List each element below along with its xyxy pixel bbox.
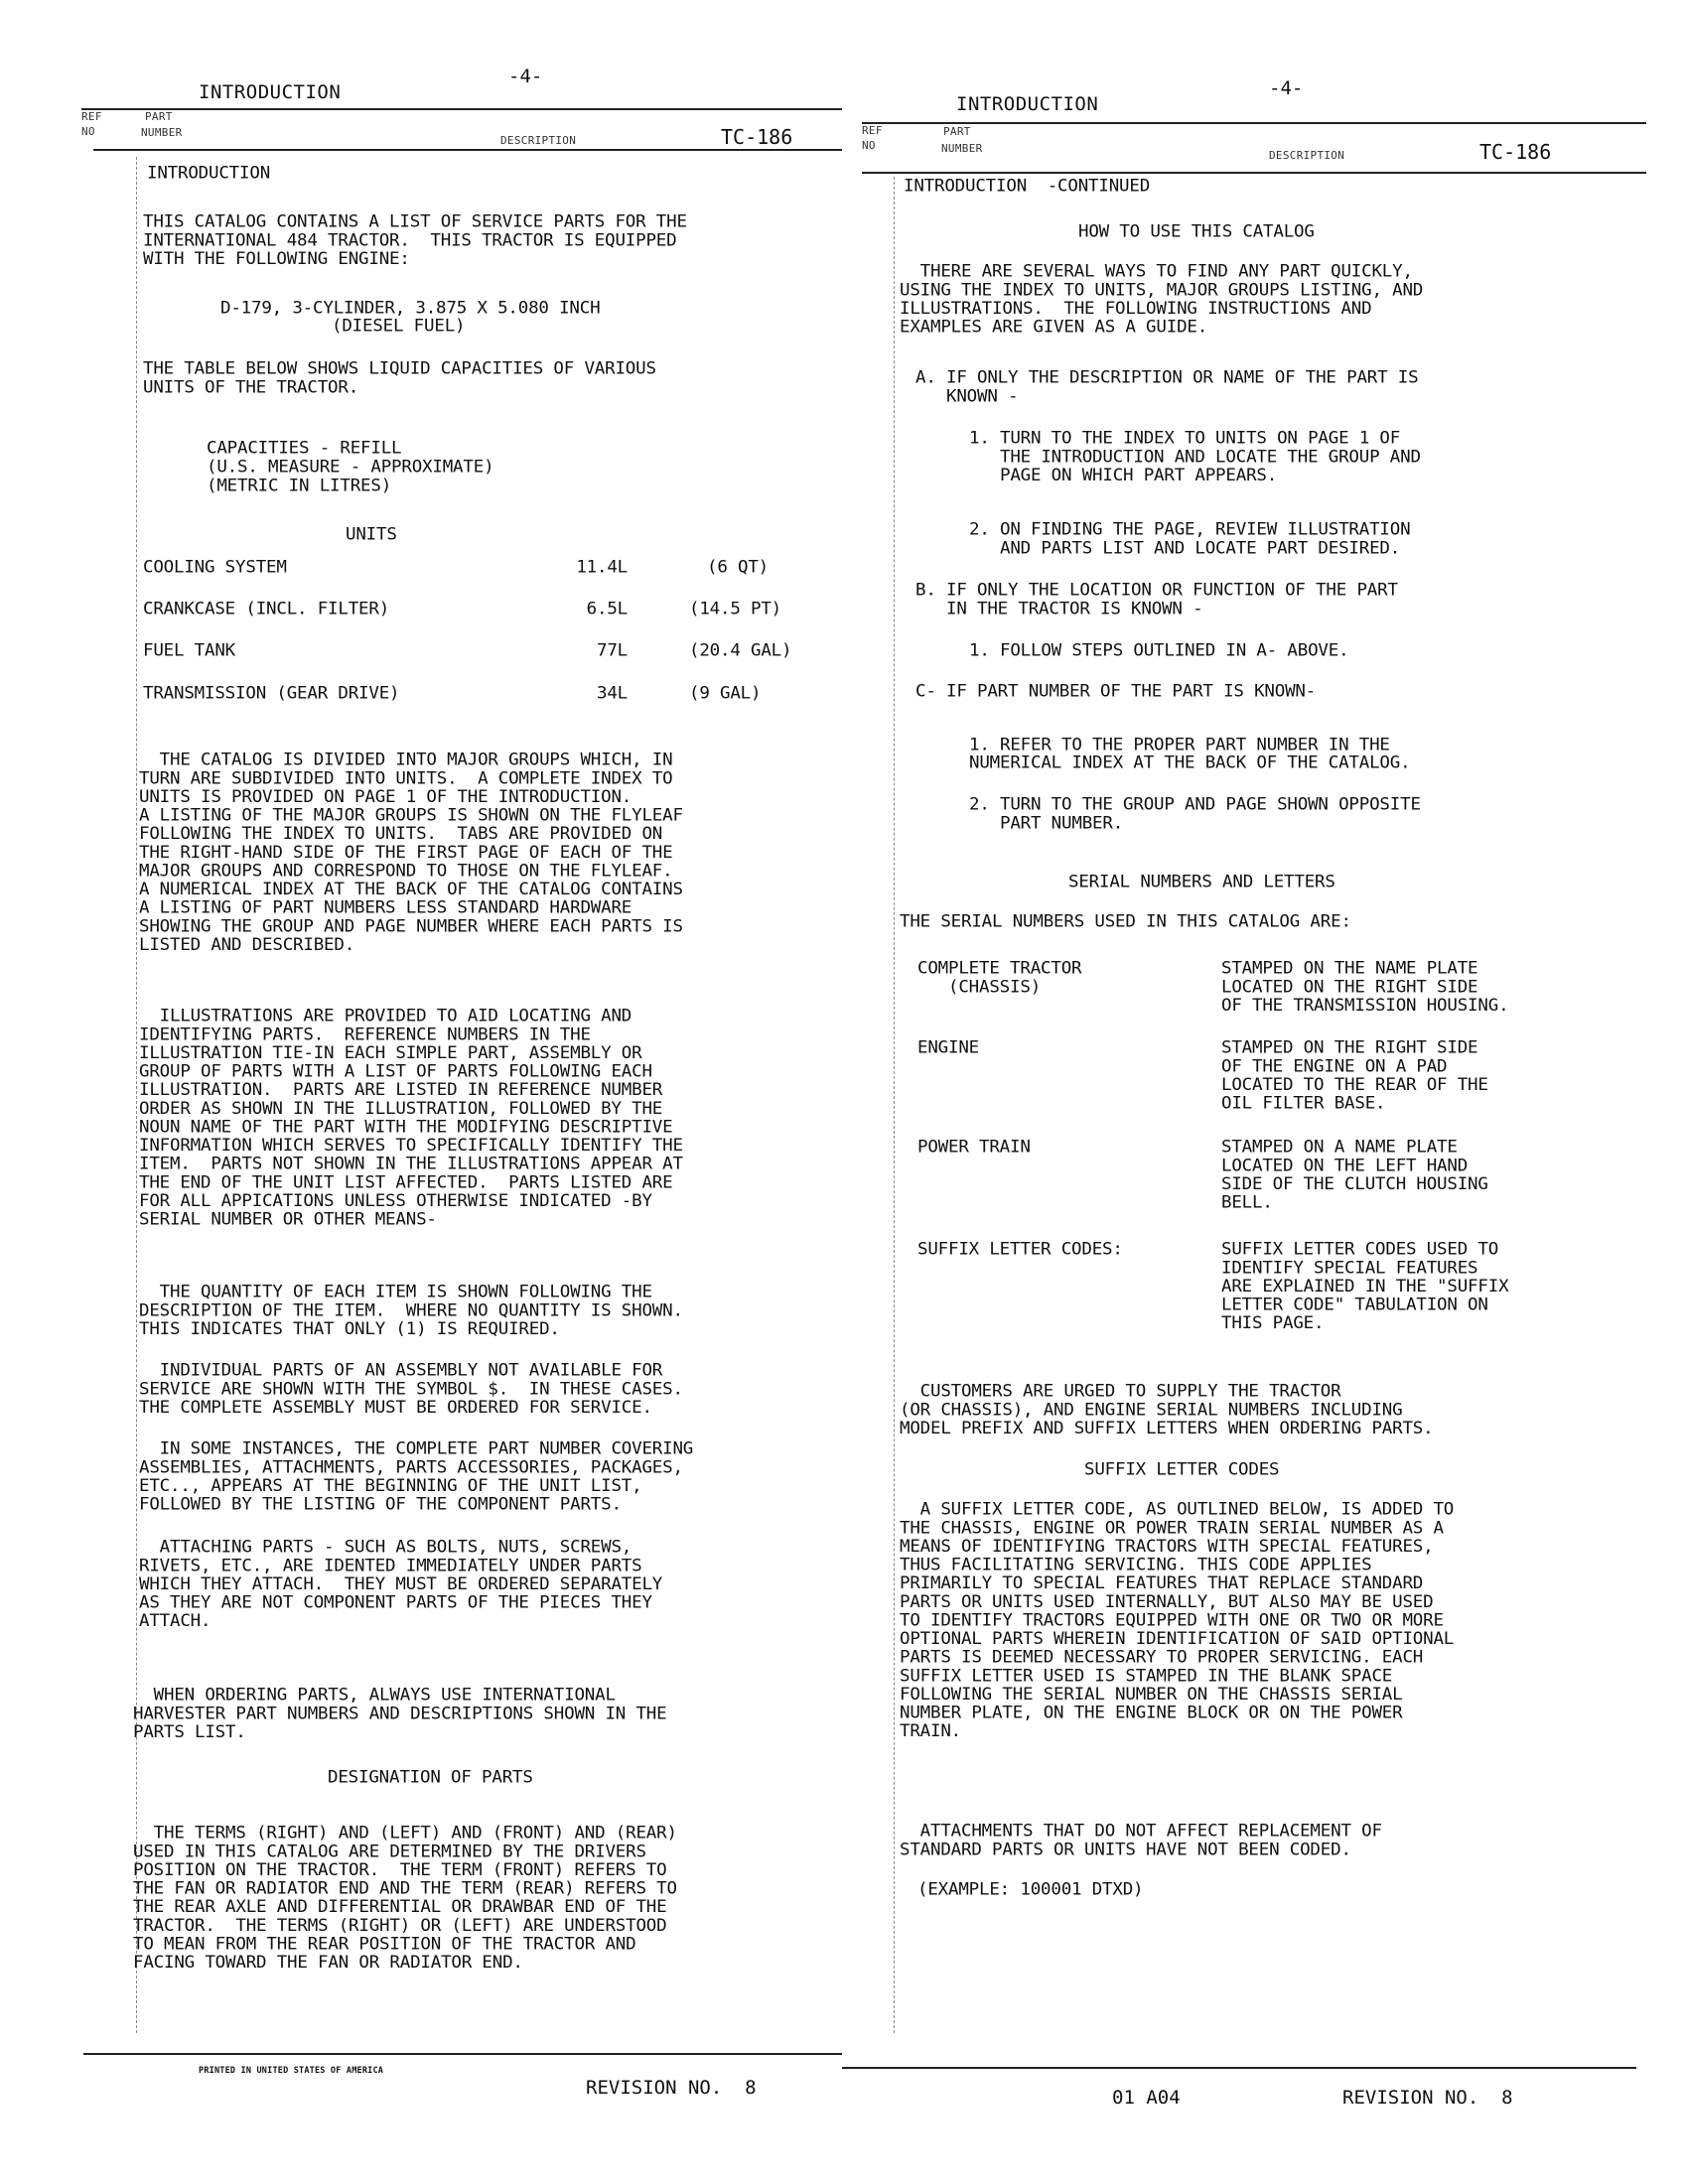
step-b: B. IF ONLY THE LOCATION OR FUNCTION OF T… <box>915 582 1398 618</box>
intro-paragraph: THIS CATALOG CONTAINS A LIST OF SERVICE … <box>143 213 687 269</box>
printed-in-usa: PRINTED IN UNITED STATES OF AMERICA <box>199 2066 383 2076</box>
footer-rule <box>842 2067 1636 2069</box>
footer-rule <box>83 2053 842 2055</box>
header-rule-bottom <box>862 172 1646 174</box>
capacity-metric: 77L <box>597 642 628 661</box>
example-code: (EXAMPLE: 100001 DTXD) <box>917 1881 1143 1900</box>
ref-label: REF <box>81 110 102 123</box>
serial-description: SUFFIX LETTER CODES USED TO IDENTIFY SPE… <box>1221 1241 1508 1333</box>
description-label: DESCRIPTION <box>500 134 576 147</box>
serial-description: STAMPED ON THE NAME PLATE LOCATED ON THE… <box>1221 960 1508 1016</box>
customers-paragraph: CUSTOMERS ARE URGED TO SUPPLY THE TRACTO… <box>900 1383 1433 1438</box>
paragraph-quantity: THE QUANTITY OF EACH ITEM IS SHOWN FOLLO… <box>139 1284 683 1339</box>
units-heading: UNITS <box>346 526 397 545</box>
description-label: DESCRIPTION <box>1269 149 1344 162</box>
serial-label: ENGINE <box>917 1039 979 1058</box>
number-label: NUMBER <box>141 126 183 139</box>
paragraph-ordering: WHEN ORDERING PARTS, ALWAYS USE INTERNAT… <box>133 1687 666 1742</box>
no-label: NO <box>81 125 95 138</box>
suffix-paragraph: A SUFFIX LETTER CODE, AS OUTLINED BELOW,… <box>900 1501 1454 1741</box>
section-title: INTRODUCTION <box>199 81 341 103</box>
part-label: PART <box>943 125 971 138</box>
table-intro: THE TABLE BELOW SHOWS LIQUID CAPACITIES … <box>143 360 656 397</box>
how-to-paragraph: THERE ARE SEVERAL WAYS TO FIND ANY PART … <box>900 263 1423 337</box>
no-label: NO <box>862 139 876 152</box>
capacity-unit: CRANKCASE (INCL. FILTER) <box>143 601 389 619</box>
designation-heading: DESIGNATION OF PARTS <box>328 1769 533 1788</box>
step-a-2: 2. ON FINDING THE PAGE, REVIEW ILLUSTRAT… <box>969 521 1410 558</box>
catalog-page-code: 01 A04 <box>1112 2087 1181 2109</box>
engine-fuel: (DIESEL FUEL) <box>332 318 465 337</box>
serial-intro: THE SERIAL NUMBERS USED IN THIS CATALOG … <box>900 913 1351 932</box>
capacity-us: (9 GAL) <box>689 685 761 704</box>
step-c-2: 2. TURN TO THE GROUP AND PAGE SHOWN OPPO… <box>969 796 1421 833</box>
capacity-us: (20.4 GAL) <box>689 642 791 661</box>
serial-description: STAMPED ON A NAME PLATE LOCATED ON THE L… <box>1221 1139 1488 1212</box>
paragraph-attaching-parts: ATTACHING PARTS - SUCH AS BOLTS, NUTS, S… <box>139 1539 662 1631</box>
header-rule-top <box>81 108 842 110</box>
capacity-us: (6 QT) <box>707 559 769 578</box>
step-c-1: 1. REFER TO THE PROPER PART NUMBER IN TH… <box>969 737 1565 773</box>
catalog-code: TC-186 <box>721 125 792 149</box>
paragraph-illustrations: ILLUSTRATIONS ARE PROVIDED TO AID LOCATI… <box>139 1008 683 1229</box>
part-label: PART <box>145 110 173 123</box>
step-a: A. IF ONLY THE DESCRIPTION OR NAME OF TH… <box>915 369 1418 406</box>
capacity-unit: FUEL TANK <box>143 642 235 661</box>
header-rule-bottom <box>93 149 842 151</box>
paragraph-major-groups: THE CATALOG IS DIVIDED INTO MAJOR GROUPS… <box>139 751 683 955</box>
margin-line <box>136 157 137 2033</box>
serial-label: POWER TRAIN <box>917 1139 1031 1158</box>
capacities-subtitle-us: (U.S. MEASURE - APPROXIMATE) <box>207 459 493 478</box>
capacities-title: CAPACITIES - REFILL <box>207 440 401 459</box>
capacity-metric: 11.4L <box>576 559 628 578</box>
step-b-1: 1. FOLLOW STEPS OUTLINED IN A- ABOVE. <box>969 642 1348 661</box>
serial-heading: SERIAL NUMBERS AND LETTERS <box>1068 874 1335 892</box>
heading-introduction-continued: INTRODUCTION -CONTINUED <box>904 178 1150 197</box>
capacity-us: (14.5 PT) <box>689 601 781 619</box>
how-to-heading: HOW TO USE THIS CATALOG <box>1078 223 1315 242</box>
paragraph-individual-parts: INDIVIDUAL PARTS OF AN ASSEMBLY NOT AVAI… <box>139 1362 683 1418</box>
serial-description: STAMPED ON THE RIGHT SIDE OF THE ENGINE … <box>1221 1039 1488 1113</box>
header-rule-top <box>862 122 1646 124</box>
step-a-1: 1. TURN TO THE INDEX TO UNITS ON PAGE 1 … <box>969 430 1421 485</box>
attachments-paragraph: ATTACHMENTS THAT DO NOT AFFECT REPLACEME… <box>900 1823 1382 1859</box>
capacity-unit: COOLING SYSTEM <box>143 559 287 578</box>
step-c-1-text: 1. REFER TO THE PROPER PART NUMBER IN TH… <box>969 737 1565 772</box>
capacities-subtitle-metric: (METRIC IN LITRES) <box>207 478 391 496</box>
ref-label: REF <box>862 124 883 137</box>
revision-number: REVISION NO. 8 <box>1342 2087 1513 2109</box>
paragraph-instances: IN SOME INSTANCES, THE COMPLETE PART NUM… <box>139 1440 693 1514</box>
designation-paragraph: THE TERMS (RIGHT) AND (LEFT) AND (FRONT)… <box>133 1825 677 1973</box>
revision-number: REVISION NO. 8 <box>586 2077 757 2099</box>
capacity-metric: 34L <box>597 685 628 704</box>
section-title: INTRODUCTION <box>956 93 1098 115</box>
engine-spec: D-179, 3-CYLINDER, 3.875 X 5.080 INCH <box>220 300 600 319</box>
step-c: C- IF PART NUMBER OF THE PART IS KNOWN- <box>915 683 1316 702</box>
suffix-heading: SUFFIX LETTER CODES <box>1084 1461 1279 1480</box>
page-number: -4- <box>1269 77 1303 99</box>
heading-introduction: INTRODUCTION <box>147 165 270 184</box>
margin-line <box>894 177 895 2033</box>
page-number: -4- <box>508 66 542 87</box>
capacity-metric: 6.5L <box>587 601 628 619</box>
serial-label: COMPLETE TRACTOR (CHASSIS) <box>917 960 1081 997</box>
serial-label: SUFFIX LETTER CODES: <box>917 1241 1123 1260</box>
catalog-code: TC-186 <box>1479 140 1551 164</box>
capacity-unit: TRANSMISSION (GEAR DRIVE) <box>143 685 399 704</box>
number-label: NUMBER <box>941 142 983 155</box>
